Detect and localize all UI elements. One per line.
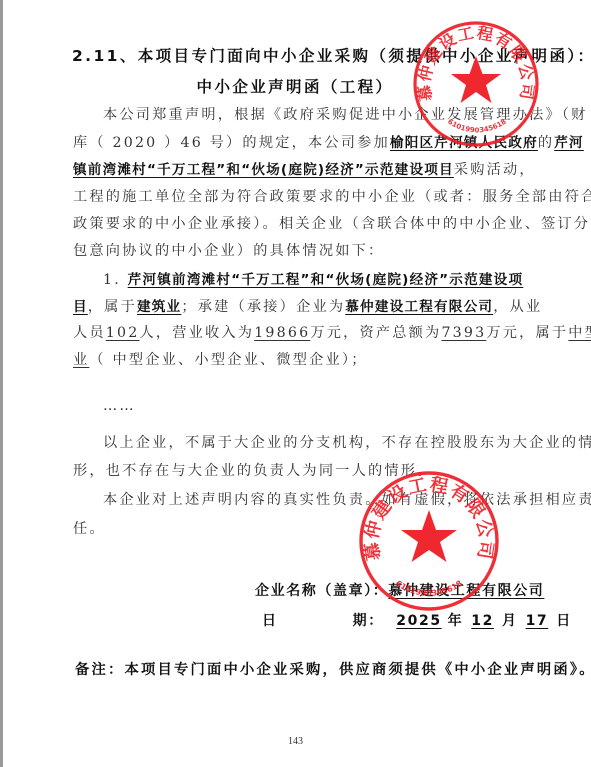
date-unit: 日 [556, 613, 572, 629]
signature-company: 企业名称（盖章）：慕仲建设工程有限公司 [255, 580, 535, 600]
date-day: 17 [518, 613, 557, 629]
intro-text: 的 [538, 135, 554, 151]
project-name: 芹河 [554, 135, 584, 151]
ellipsis-text: …… [103, 398, 136, 414]
section-heading: 2.11、本项目专门面向中小企业采购（须提供中小企业声明函）： [72, 44, 527, 66]
label-text: 人，营业收入为 [139, 325, 254, 341]
intro-line-6: 包意向协议的中小企业）的具体情况如下： [73, 240, 528, 260]
date-label: 期： [353, 613, 384, 629]
enterprise-type: 业 [73, 352, 89, 368]
intro-line-1: 本公司郑重声明，根据《政府采购促进中小企业发展管理办法》（财 [73, 104, 528, 124]
company-name: 慕仲建设工程有限公司 [388, 583, 544, 599]
intro-line-5: 政策要求的中小企业承接）。相关企业（含联合体中的中小企业、签订分 [73, 213, 528, 233]
label-text: ；承建（承接）企业为 [181, 299, 345, 315]
document-title: 中小企业声明函（工程） [60, 75, 530, 97]
label-text: 万元，属于 [486, 325, 568, 341]
enterprise-type: 中型企 [568, 325, 591, 341]
date-unit: 年 [448, 613, 464, 629]
revenue-value: 19866 [254, 325, 310, 341]
label-text: ，属于 [88, 299, 137, 315]
industry-value: 建筑业 [137, 299, 181, 315]
item-project-name: 芹河镇前湾滩村“千万工程”和“伙场(庭院)经济”示范建设项 [128, 272, 524, 288]
item-project-name: 目 [73, 299, 88, 315]
item1-line-3: 人员102人，营业收入为19866万元，资产总额为7393万元，属于中型企 [73, 322, 528, 342]
intro-text: 采购活动， [454, 162, 536, 178]
project-name: 镇前湾滩村“千万工程”和“伙场(庭院)经济”示范建设项目 [73, 162, 454, 178]
statement-text: 本企业对上述声明内容的真实性负责。如有虚假，将依法承担相应责 [103, 492, 591, 508]
label-text: （ 中型企业、小型企业、微型企业）； [89, 352, 367, 368]
note-text: 备注：本项目专门面中小企业采购，供应商须提供《中小企业声明函》。 [75, 659, 530, 679]
intro-line-2: 库（ 2020 ）46 号）的规定，本公司参加榆阳区芹河镇人民政府的芹河 [73, 131, 528, 152]
intro-text: 库（ 2020 ）46 号）的规定，本公司参加 [73, 135, 390, 151]
intro-text: 本公司郑重声明，根据《政府采购促进中小企业发展管理办法》（财 [103, 107, 588, 123]
date-label: 日 [262, 613, 278, 629]
assets-value: 7393 [441, 325, 486, 341]
purchaser-name: 榆阳区芹河镇人民政府 [390, 135, 538, 151]
item1-line-4: 业（ 中型企业、小型企业、微型企业）； [73, 349, 528, 369]
contractor-name: 慕仲建设工程有限公司 [345, 299, 493, 315]
intro-line-3: 镇前湾滩村“千万工程”和“伙场(庭院)经济”示范建设项目采购活动， [73, 158, 528, 179]
label-text: ，从业 [493, 299, 542, 315]
item1-line-2: 目，属于建筑业；承建（承接）企业为慕仲建设工程有限公司，从业 [73, 295, 528, 316]
statement-line-2: 形，也不存在与大企业的负责人为同一人的情形。 [73, 460, 528, 480]
item1-line-1: 1. 芹河镇前湾滩村“千万工程”和“伙场(庭院)经济”示范建设项 [73, 268, 528, 288]
statement-line-3: 本企业对上述声明内容的真实性负责。如有虚假，将依法承担相应责 [73, 489, 528, 509]
statement-line-1: 以上企业，不属于大企业的分支机构，不存在控股股东为大企业的情 [73, 432, 528, 452]
date-year: 2025 [390, 613, 447, 629]
employees-value: 102 [106, 325, 140, 341]
statement-text: 以上企业，不属于大企业的分支机构，不存在控股股东为大企业的情 [103, 435, 591, 451]
label-text: 万元，资产总额为 [310, 325, 441, 341]
ellipsis: …… [73, 398, 528, 414]
item-number: 1. [103, 272, 121, 288]
company-label: 企业名称（盖章）： [255, 583, 388, 599]
document-page: 2.11、本项目专门面向中小企业采购（须提供中小企业声明函）： 中小企业声明函（… [0, 0, 591, 767]
page-number: 143 [0, 736, 591, 747]
signature-date: 日期： 2025年12月17日 [262, 610, 542, 630]
date-month: 12 [463, 613, 502, 629]
label-text: 人员 [73, 325, 106, 341]
date-unit: 月 [502, 613, 518, 629]
statement-line-4: 任。 [73, 518, 528, 538]
intro-line-4: 工程的施工单位全部为符合政策要求的中小企业（或者：服务全部由符合 [73, 186, 528, 206]
